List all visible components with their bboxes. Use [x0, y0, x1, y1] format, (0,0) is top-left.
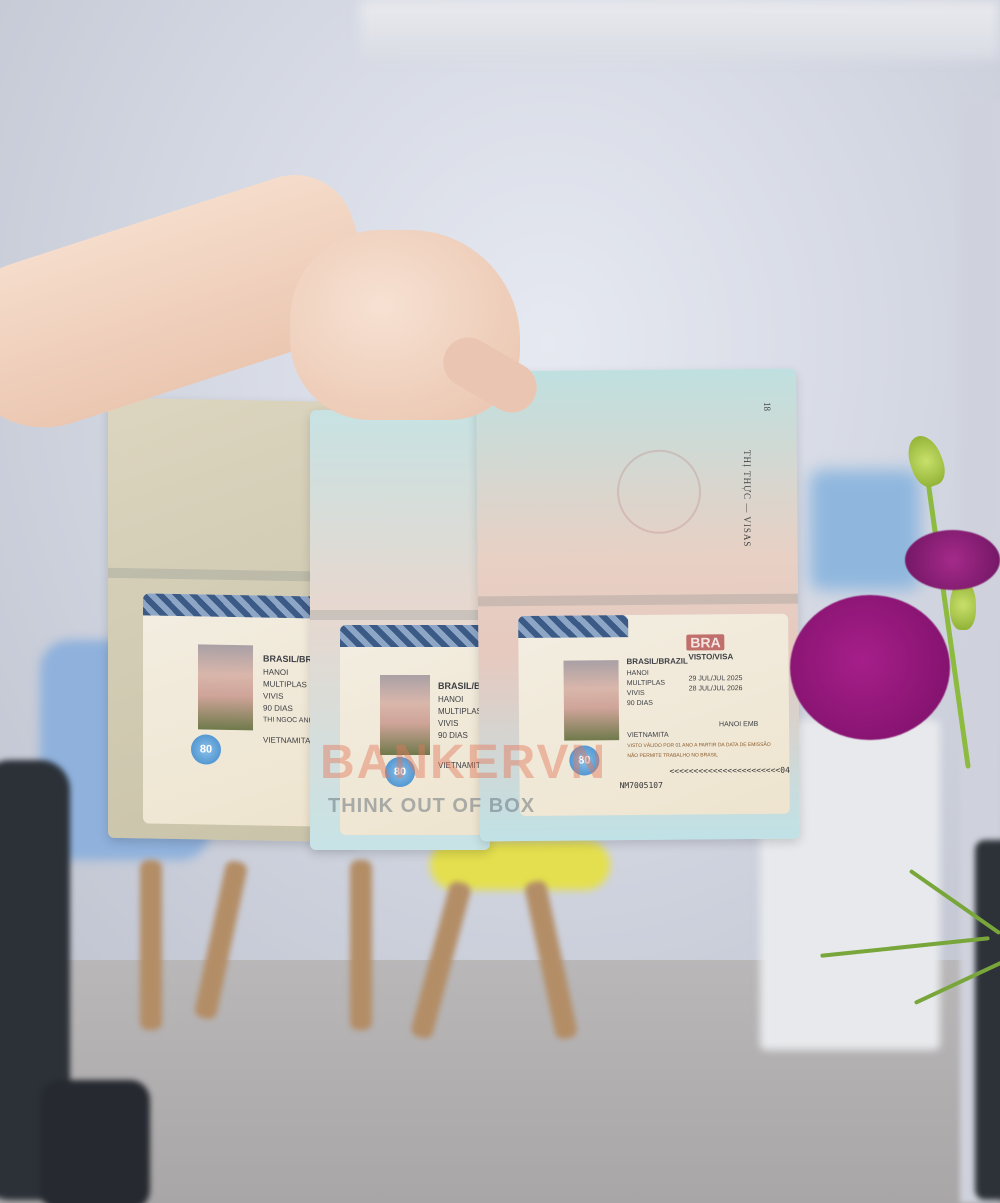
carnation-flower-small	[905, 530, 1000, 590]
dark-chair-arm	[40, 1080, 150, 1203]
visa-duration: 90 DIAS	[263, 704, 293, 715]
blurred-photo	[198, 644, 253, 730]
visa-page-label: THỊ THỰC — VISAS	[742, 450, 752, 547]
blurred-photo	[563, 660, 619, 740]
visa-expiry-date: 28 JUL/JUL 2026	[689, 684, 743, 694]
visa-entries: MULTIPLAS	[627, 679, 665, 689]
visa-header-left: BRASIL/BRAZIL	[626, 657, 687, 668]
visa-pattern-band	[518, 615, 628, 638]
visa-header-right: VISTO/VISA	[688, 652, 733, 662]
mrz-line-1: <<<<<<<<<<<<<<<<<<<<<<<04	[669, 766, 789, 776]
visa-pattern-band	[340, 625, 490, 647]
watermark-brand: BANKERVN	[320, 735, 607, 790]
visa-entries: MULTIPLAS	[263, 680, 307, 691]
visa-duration: 90 DIAS	[627, 699, 653, 709]
visa-issuing-post: HANOI EMB	[719, 720, 758, 730]
watermark-slogan: THINK OUT OF BOX	[328, 795, 535, 818]
visa-holder: THI NGOC ANH	[263, 716, 314, 727]
chair-leg	[350, 860, 372, 1030]
visa-sticker: 80 BRASIL/BRAZIL HANOI MULTIPLAS VIVIS 9…	[143, 593, 323, 826]
visa-type: VIVIS	[438, 719, 458, 729]
seal-icon: 80	[191, 734, 221, 765]
visa-note-work: NÃO PERMITE TRABALHO NO BRASIL	[627, 750, 718, 761]
visa-entries: MULTIPLAS	[438, 707, 482, 717]
dark-chair-right	[975, 840, 1000, 1200]
page-number: 18	[762, 402, 772, 411]
visa-nationality: VIETNAMITA	[627, 731, 669, 741]
visa-type: VIVIS	[263, 692, 283, 702]
visa-place: HANOI	[627, 669, 649, 679]
visa-type: VIVIS	[627, 689, 645, 699]
visa-pattern-band	[143, 593, 323, 618]
mrz-line-2: NM7005107	[620, 781, 663, 790]
visa-place: HANOI	[438, 695, 463, 705]
passport-fold	[478, 594, 798, 607]
visa-country-code: BRA	[686, 634, 724, 650]
carnation-flower	[790, 595, 950, 740]
visa-note-validity: VISTO VÁLIDO POR 01 ANO A PARTIR DA DATA…	[627, 740, 771, 751]
water-cooler	[810, 470, 920, 590]
ceiling	[360, 0, 1000, 60]
visa-place: HANOI	[263, 668, 288, 678]
chair-leg	[140, 860, 162, 1030]
passport-fold	[310, 610, 490, 620]
emblem-watermark	[617, 449, 702, 534]
visa-nationality: VIETNAMITA	[263, 736, 310, 747]
visa-issue-date: 29 JUL/JUL 2025	[689, 674, 743, 684]
